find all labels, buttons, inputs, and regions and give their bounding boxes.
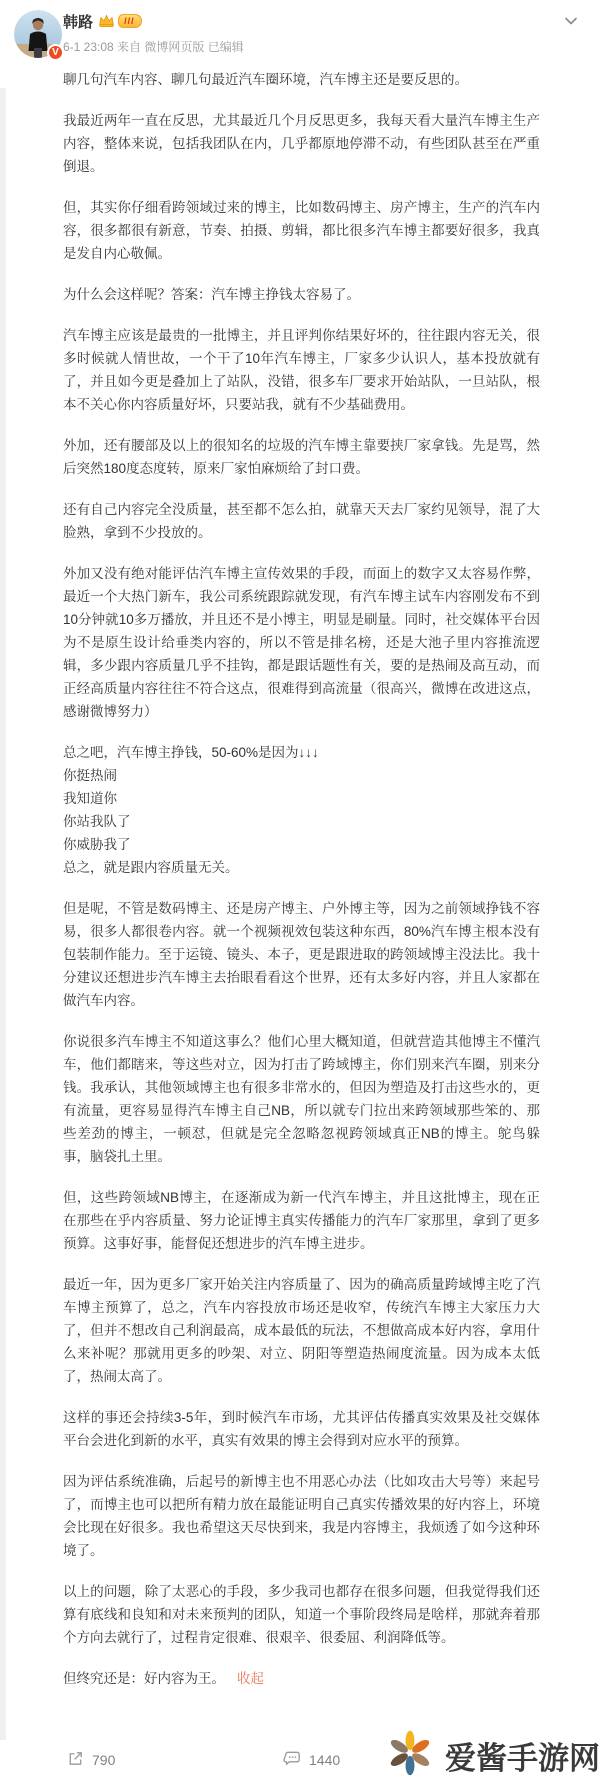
post-paragraph: 你说很多汽车博主不知道这事么？他们心里大概知道，但就营造其他博主不懂汽车，他们都… xyxy=(63,1030,540,1168)
comment-button[interactable]: 1440 xyxy=(283,1749,340,1771)
username[interactable]: 韩路 xyxy=(63,11,93,32)
post-final-line: 但终究还是：好内容为王。 xyxy=(63,1671,225,1686)
comment-icon xyxy=(283,1749,302,1771)
post-paragraph: 但，这些跨领域NB博主，在逐渐成为新一代汽车博主，并且这批博主，现在正在那些在乎… xyxy=(63,1186,540,1255)
comment-count: 1440 xyxy=(309,1752,340,1768)
post-meta: 6-1 23:08 来自 微博网页版 已编辑 xyxy=(63,38,244,55)
weibo-post-card: V 韩路 III 6-1 23:08 来自 微博网页版 已编辑 聊几句汽 xyxy=(0,0,600,1786)
share-button[interactable]: 790 xyxy=(66,1749,115,1771)
post-paragraph: 因为评估系统准确，后起号的新博主也不用恶心办法（比如攻击大号等）来起号了，而博主… xyxy=(63,1470,540,1562)
post-paragraph: 但，其实你仔细看跨领域过来的博主，比如数码博主、房产博主，生产的汽车内容，很多都… xyxy=(63,196,540,265)
post-paragraph: 外加又没有绝对能评估汽车博主宣传效果的手段，而面上的数字又太容易作弊，最近一个大… xyxy=(63,562,540,723)
post-final-paragraph: 但终究还是：好内容为王。收起 xyxy=(63,1667,540,1690)
crown-vip-icon xyxy=(98,14,115,28)
post-paragraph: 还有自己内容完全没质量，甚至都不怎么拍，就靠天天去厂家约见领导，混了大脸熟，拿到… xyxy=(63,498,540,544)
post-paragraph: 以上的问题，除了太恶心的手段，多少我司也都存在很多问题，但我觉得我们还算有底线和… xyxy=(63,1580,540,1649)
post-paragraph: 总之吧，汽车博主挣钱，50-60%是因为↓↓↓ 你挺热闹 我知道你 你站我队了 … xyxy=(63,741,540,879)
post-paragraph: 为什么会这样呢？答案：汽车博主挣钱太容易了。 xyxy=(63,283,540,306)
verified-v-badge: V xyxy=(47,44,64,61)
post-paragraph: 但是呢，不管是数码博主、还是房产博主、户外博主等，因为之前领域挣钱不容易，很多人… xyxy=(63,897,540,1012)
post-paragraph: 这样的事还会持续3-5年，到时候汽车市场，尤其评估传播真实效果及社交媒体平台会进… xyxy=(63,1406,540,1452)
post-paragraph: 我最近两年一直在反思，尤其最近几个月反思更多，我每天看大量汽车博主生产内容，整体… xyxy=(63,109,540,178)
watermark-text: 爱酱手游网 xyxy=(445,1733,600,1778)
avatar[interactable]: V xyxy=(14,10,62,58)
post-paragraph: 最近一年，因为更多厂家开始关注内容质量了、因为的确高质量跨域博主吃了汽车博主预算… xyxy=(63,1273,540,1388)
post-content: 聊几句汽车内容、聊几句最近汽车圈环境，汽车博主还是要反思的。我最近两年一直在反思… xyxy=(63,68,540,1690)
share-icon xyxy=(66,1749,85,1771)
watermark: 爱酱手游网 xyxy=(381,1726,600,1784)
post-paragraphs: 聊几句汽车内容、聊几句最近汽车圈环境，汽车博主还是要反思的。我最近两年一直在反思… xyxy=(63,68,540,1649)
level-badge: III xyxy=(118,14,142,28)
page-edge-divider xyxy=(0,88,6,1740)
post-paragraph: 汽车博主应该是最贵的一批博主，并且评判你结果好坏的，往往跟内容无关，很多时候就人… xyxy=(63,324,540,416)
post-header: V 韩路 III 6-1 23:08 来自 微博网页版 已编辑 xyxy=(14,8,586,60)
collapse-link[interactable]: 收起 xyxy=(237,1671,264,1686)
post-paragraph: 聊几句汽车内容、聊几句最近汽车圈环境，汽车博主还是要反思的。 xyxy=(63,68,540,91)
share-count: 790 xyxy=(92,1752,115,1768)
chevron-down-icon[interactable] xyxy=(562,12,580,35)
post-paragraph: 外加，还有腰部及以上的很知名的垃圾的汽车博主靠要挟厂家拿钱。先是骂，然后突然18… xyxy=(63,434,540,480)
watermark-logo-icon xyxy=(381,1724,439,1786)
